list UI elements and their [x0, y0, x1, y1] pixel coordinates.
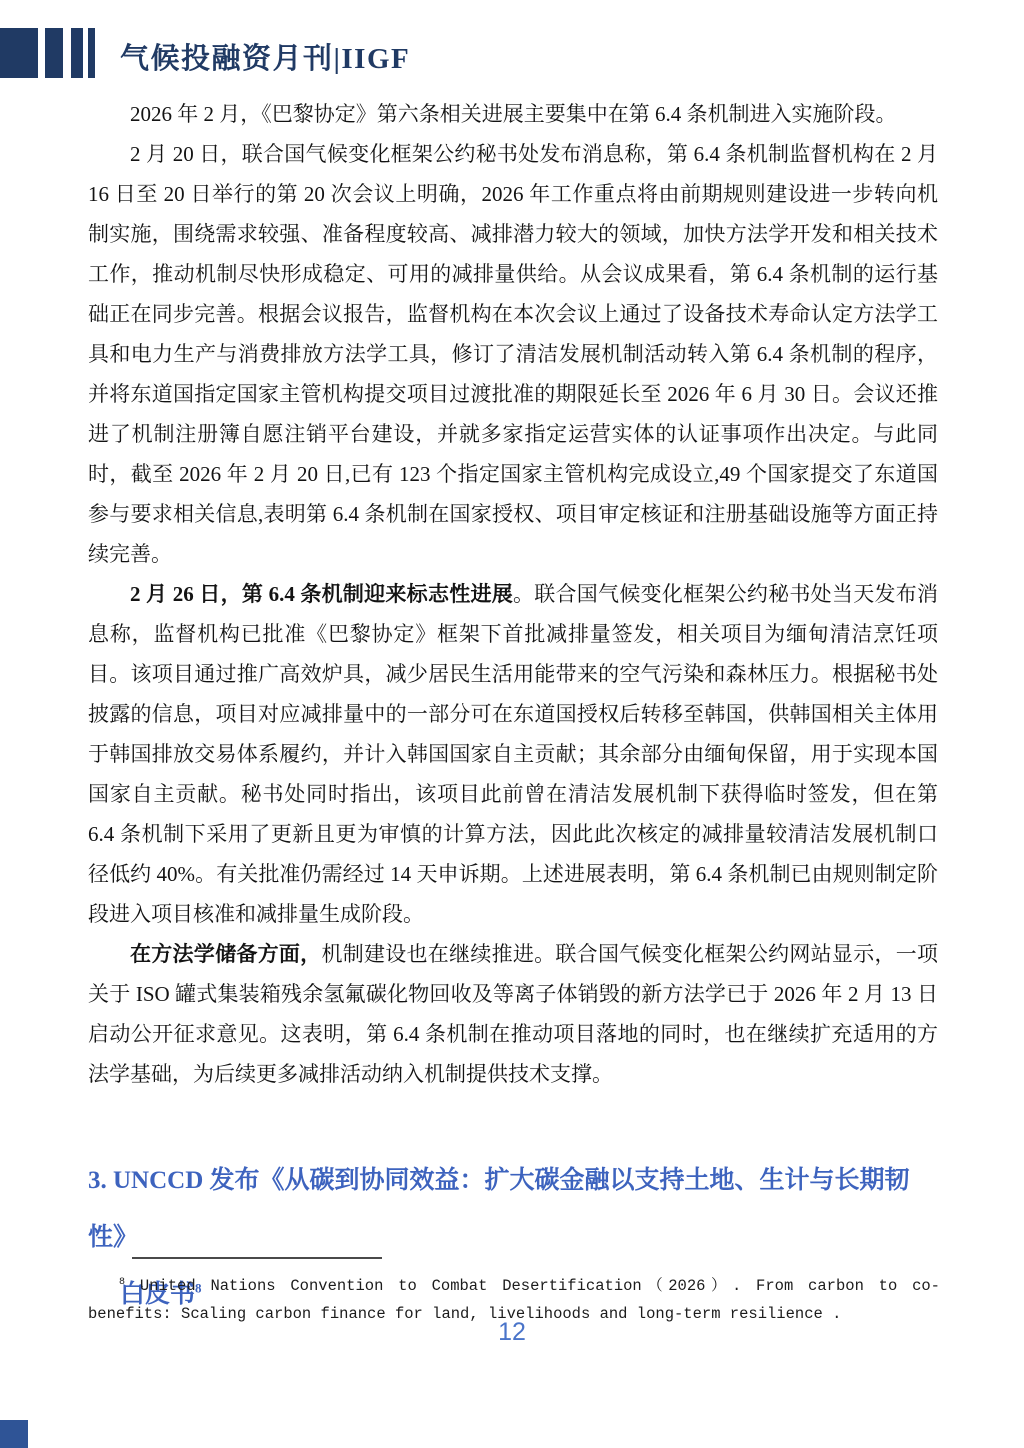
paragraph-text: 。联合国气候变化框架公约秘书处当天发布消息称，监督机构已批准《巴黎协定》框架下首… — [88, 582, 938, 926]
logo-bar — [88, 28, 95, 78]
paragraph: 在方法学储备方面，机制建设也在继续推进。联合国气候变化框架公约网站显示，一项关于… — [88, 934, 938, 1094]
paragraph: 2 月 20 日，联合国气候变化框架公约秘书处发布消息称，第 6.4 条机制监督… — [88, 134, 938, 574]
paragraph: 2026 年 2 月，《巴黎协定》第六条相关进展主要集中在第 6.4 条机制进入… — [88, 94, 938, 134]
section-heading-line1: 3. UNCCD 发布《从碳到协同效益：扩大碳金融以支持土地、生计与长期韧性》 — [88, 1152, 938, 1266]
paragraph-text: 2026 年 2 月，《巴黎协定》第六条相关进展主要集中在第 6.4 条机制进入… — [130, 102, 897, 126]
footnote-separator — [132, 1257, 382, 1259]
document-page: 气候投融资月刊|IIGF 2026 年 2 月，《巴黎协定》第六条相关进展主要集… — [0, 0, 1024, 1448]
document-body: 2026 年 2 月，《巴黎协定》第六条相关进展主要集中在第 6.4 条机制进入… — [88, 94, 938, 1323]
footnote-text: United Nations Convention to Combat Dese… — [88, 1277, 940, 1323]
paragraph: 2 月 26 日，第 6.4 条机制迎来标志性进展。联合国气候变化框架公约秘书处… — [88, 574, 938, 934]
logo-bar — [0, 28, 38, 78]
logo-bar — [45, 28, 63, 78]
logo-bar — [71, 28, 83, 78]
paragraph-lead: 在方法学储备方面， — [130, 942, 321, 966]
footer-corner-square-icon — [0, 1420, 28, 1448]
paragraph-text: 2 月 20 日，联合国气候变化框架公约秘书处发布消息称，第 6.4 条机制监督… — [88, 142, 938, 566]
paragraph-lead: 2 月 26 日，第 6.4 条机制迎来标志性进展 — [130, 582, 513, 606]
masthead-title: 气候投融资月刊|IIGF — [120, 36, 410, 77]
page-number: 12 — [0, 1318, 1024, 1347]
footnote-marker: 8 — [119, 1277, 125, 1288]
